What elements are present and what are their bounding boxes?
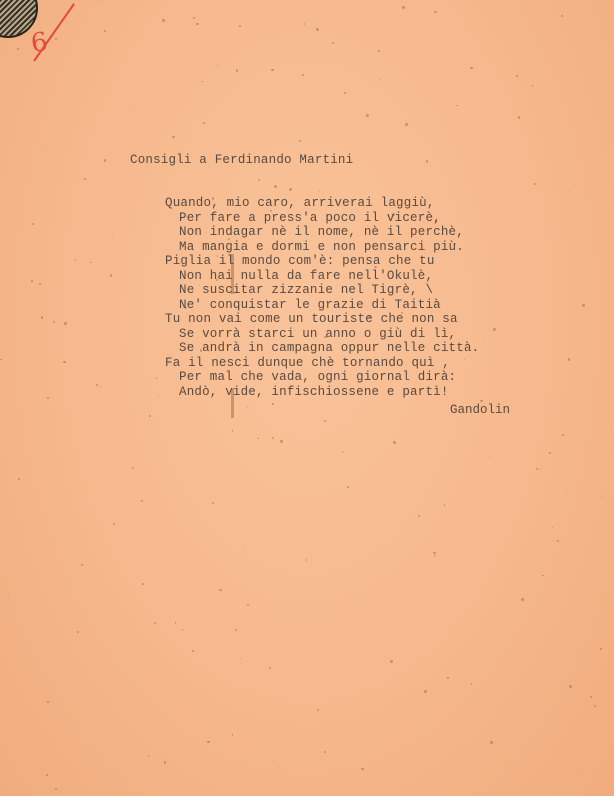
paper-speck bbox=[552, 527, 553, 528]
paper-speck bbox=[392, 213, 394, 215]
paper-speck bbox=[212, 502, 214, 504]
paper-speck bbox=[113, 523, 115, 525]
paper-speck bbox=[199, 285, 200, 286]
paper-speck bbox=[129, 107, 130, 108]
paper-speck bbox=[289, 188, 292, 191]
paper-speck bbox=[47, 701, 49, 703]
paper-speck bbox=[148, 755, 149, 756]
poem-line: Non indagar nè il nome, nè il perchè, bbox=[165, 225, 479, 240]
paper-speck bbox=[172, 136, 174, 138]
paper-speck bbox=[42, 148, 43, 149]
paper-speck bbox=[207, 741, 209, 743]
paper-speck bbox=[46, 774, 48, 776]
paper-speck bbox=[577, 772, 578, 773]
paper-speck bbox=[55, 788, 57, 790]
paper-speck bbox=[164, 761, 166, 763]
paper-speck bbox=[100, 386, 101, 387]
paper-speck bbox=[156, 377, 157, 378]
paper-speck bbox=[393, 441, 395, 443]
paper-speck bbox=[53, 321, 55, 323]
paper-speck bbox=[316, 28, 319, 31]
paper-speck bbox=[342, 451, 344, 453]
poem-line: Per mal che vada, ogni giornal dirà: bbox=[165, 370, 479, 385]
paper-speck bbox=[380, 79, 381, 80]
paper-speck bbox=[247, 604, 249, 606]
paper-speck bbox=[192, 650, 194, 652]
poem-line: Tu non vai come un touriste che non sa bbox=[165, 312, 479, 327]
paper-speck bbox=[368, 315, 371, 318]
paper-speck bbox=[41, 316, 44, 319]
paper-speck bbox=[565, 493, 566, 494]
paper-speck bbox=[227, 372, 228, 373]
poem-line: Ma mangia e dormi e non pensarci più. bbox=[165, 240, 479, 255]
paper-speck bbox=[402, 6, 405, 9]
paper-speck bbox=[454, 243, 455, 244]
paper-speck bbox=[401, 312, 403, 314]
paper-speck bbox=[274, 185, 277, 188]
paper-speck bbox=[317, 709, 319, 711]
paper-speck bbox=[434, 555, 435, 556]
paper-speck bbox=[258, 179, 260, 181]
paper-speck bbox=[217, 65, 218, 66]
paper-speck bbox=[319, 190, 320, 191]
paper-speck bbox=[435, 220, 438, 223]
paper-speck bbox=[193, 17, 195, 19]
paper-speck bbox=[182, 629, 183, 630]
paper-speck bbox=[162, 19, 165, 22]
poem-line: Piglia il mondo com'è: pensa che tu bbox=[165, 254, 479, 269]
paper-speck bbox=[270, 210, 272, 212]
paper-speck bbox=[378, 50, 380, 52]
paper-speck bbox=[275, 303, 276, 304]
paper-speck bbox=[471, 683, 473, 685]
paper-speck bbox=[304, 23, 305, 24]
paper-speck bbox=[536, 468, 538, 470]
paper-speck bbox=[418, 515, 420, 517]
paper-speck bbox=[96, 384, 98, 386]
paper-speck bbox=[17, 48, 19, 50]
paper-speck bbox=[324, 751, 326, 753]
paper-speck bbox=[0, 359, 2, 361]
paper-speck bbox=[55, 38, 57, 40]
paper-speck bbox=[247, 406, 249, 408]
paper-speck bbox=[569, 190, 570, 191]
paper-speck bbox=[272, 437, 274, 439]
paper-speck bbox=[470, 67, 472, 69]
paper-speck bbox=[306, 559, 308, 561]
paper-speck bbox=[347, 486, 348, 487]
poem-body: Quando, mio caro, arriverai laggiù,Per f… bbox=[165, 196, 479, 399]
paper-speck bbox=[600, 648, 602, 650]
paper-speck bbox=[456, 105, 457, 106]
paper-speck bbox=[64, 322, 67, 325]
paper-speck bbox=[480, 400, 483, 403]
poem-line: Se vorrà starci un anno o giù di lì, bbox=[165, 327, 479, 342]
poem-line: Ne suscitar zizzanie nel Tigrè, \ bbox=[165, 283, 479, 298]
paper-speck bbox=[232, 430, 234, 432]
paper-speck bbox=[158, 395, 159, 396]
paper-speck bbox=[175, 622, 177, 624]
paper-speck bbox=[104, 159, 106, 161]
paper-speck bbox=[413, 126, 414, 127]
typewritten-page: 6 Consigli a Ferdinando Martini Quando, … bbox=[0, 0, 614, 796]
paper-speck bbox=[302, 74, 304, 76]
paper-speck bbox=[562, 434, 565, 437]
paper-speck bbox=[13, 428, 14, 429]
paper-speck bbox=[561, 15, 563, 17]
poem-line: Andò, vide, infischiossene e partì! bbox=[165, 385, 479, 400]
paper-speck bbox=[330, 222, 331, 223]
paper-speck bbox=[63, 361, 65, 363]
paper-speck bbox=[141, 500, 143, 502]
poem-line: Se andrà in campagna oppur nelle città. bbox=[165, 341, 479, 356]
signature: Gandolin bbox=[450, 403, 510, 417]
paper-speck bbox=[271, 69, 274, 72]
paper-speck bbox=[196, 23, 198, 25]
poem-line: Ne' conquistar le grazie di Taitià bbox=[165, 298, 479, 313]
paper-speck bbox=[332, 42, 334, 44]
paper-speck bbox=[483, 341, 484, 342]
paper-speck bbox=[426, 160, 429, 163]
paper-speck bbox=[344, 92, 346, 94]
paper-speck bbox=[257, 438, 258, 439]
paper-speck bbox=[569, 685, 572, 688]
paper-speck bbox=[521, 598, 524, 601]
paper-speck bbox=[518, 116, 521, 119]
paper-speck bbox=[532, 85, 534, 87]
paper-speck bbox=[424, 690, 427, 693]
paper-speck bbox=[84, 178, 86, 180]
paper-speck bbox=[272, 403, 273, 404]
paper-speck bbox=[81, 564, 83, 566]
paper-speck bbox=[39, 283, 41, 285]
paper-speck bbox=[2, 670, 3, 671]
paper-speck bbox=[232, 734, 233, 735]
paper-speck bbox=[434, 11, 436, 13]
paper-speck bbox=[493, 328, 496, 331]
paper-speck bbox=[32, 223, 34, 225]
paper-speck bbox=[221, 466, 222, 467]
paper-speck bbox=[447, 677, 448, 678]
paper-speck bbox=[568, 358, 571, 361]
paper-speck bbox=[299, 140, 301, 142]
paper-speck bbox=[101, 1, 102, 2]
poem-line: Fa il nesci dunque chè tornando quì , bbox=[165, 356, 479, 371]
paper-speck bbox=[361, 768, 363, 770]
paper-speck bbox=[444, 504, 445, 505]
paper-speck bbox=[540, 469, 541, 470]
paper-speck bbox=[185, 307, 186, 308]
paper-speck bbox=[324, 420, 326, 422]
paper-speck bbox=[366, 114, 369, 117]
paper-speck bbox=[490, 741, 493, 744]
paper-speck bbox=[110, 274, 113, 277]
paper-speck bbox=[75, 259, 76, 260]
paper-speck bbox=[228, 238, 230, 240]
poem-title: Consigli a Ferdinando Martini bbox=[130, 153, 353, 167]
paper-speck bbox=[235, 629, 237, 631]
paper-speck bbox=[489, 456, 490, 457]
paper-speck bbox=[433, 552, 435, 554]
paper-speck bbox=[269, 667, 271, 669]
paper-speck bbox=[201, 81, 202, 82]
paper-speck bbox=[219, 589, 221, 591]
paper-speck bbox=[239, 25, 240, 26]
paper-speck bbox=[516, 75, 518, 77]
poem-line: Per fare a press'a poco il vicerè, bbox=[165, 211, 479, 226]
paper-speck bbox=[31, 280, 32, 281]
poem-line: Non hai nulla da fare nell'Okulè, bbox=[165, 269, 479, 284]
paper-speck bbox=[534, 183, 536, 185]
paper-speck bbox=[236, 69, 238, 71]
paper-speck bbox=[590, 696, 592, 698]
paper-speck bbox=[18, 478, 20, 480]
paper-speck bbox=[549, 452, 551, 454]
paper-speck bbox=[8, 594, 9, 595]
paper-speck bbox=[217, 255, 219, 257]
paper-speck bbox=[542, 575, 544, 577]
paper-speck bbox=[104, 30, 107, 33]
paper-speck bbox=[594, 705, 596, 707]
paper-speck bbox=[112, 234, 113, 235]
paper-speck bbox=[142, 583, 144, 585]
paper-speck bbox=[9, 19, 12, 22]
paper-speck bbox=[390, 660, 393, 663]
paper-speck bbox=[203, 122, 205, 124]
paper-speck bbox=[132, 467, 134, 469]
paper-speck bbox=[240, 658, 241, 659]
paper-speck bbox=[601, 496, 602, 497]
paper-speck bbox=[242, 546, 243, 547]
paper-speck bbox=[273, 761, 274, 762]
paper-speck bbox=[77, 631, 79, 633]
paper-speck bbox=[149, 415, 151, 417]
paper-speck bbox=[280, 440, 282, 442]
paper-speck bbox=[557, 540, 559, 542]
paper-speck bbox=[90, 262, 91, 263]
paper-speck bbox=[405, 123, 408, 126]
paper-speck bbox=[582, 304, 585, 307]
paper-speck bbox=[47, 397, 49, 399]
paper-speck bbox=[154, 622, 156, 624]
